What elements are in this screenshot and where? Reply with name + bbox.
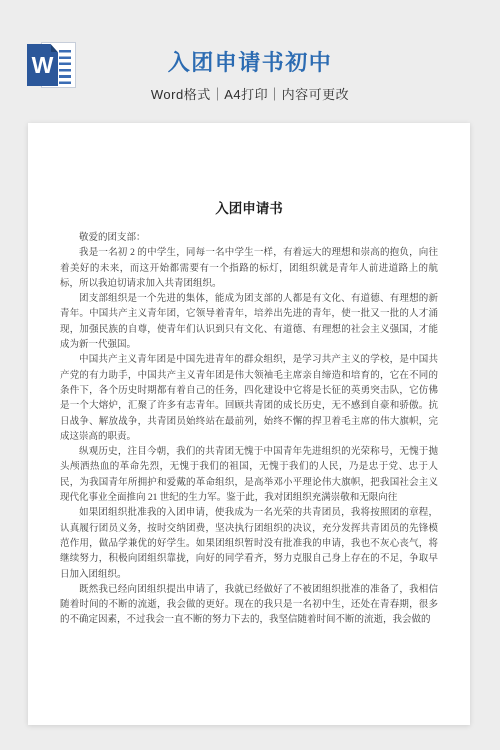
page-subtitle: Word格式｜A4打印｜内容可更改 bbox=[0, 84, 500, 103]
document-body: 敬爱的团支部： 我是一名初 2 的中学生，同每一名中学生一样，有着远大的理想和崇… bbox=[60, 231, 438, 629]
salutation-line: 敬爱的团支部： bbox=[60, 231, 438, 246]
page-title: 入团申请书初中 bbox=[0, 46, 500, 77]
template-preview-screen: W 入团申请书初中 Word格式｜A4打印｜内容可更改 入团申请书 敬爱的团支部… bbox=[0, 0, 500, 750]
paragraph: 纵观历史，注目今朝，我们的共青团无愧于中国青年先进组织的光荣称号，无愧于抛头颅洒… bbox=[60, 445, 438, 506]
paragraph: 团支部组织是一个先进的集体，能成为团支部的人都是有文化、有道德、有理想的新青年。… bbox=[60, 292, 438, 353]
paragraph: 中国共产主义青年团是中国先进青年的群众组织，是学习共产主义的学校，是中国共产党的… bbox=[60, 353, 438, 445]
paragraph: 如果团组织批准我的入团申请，使我成为一名光荣的共青团员，我将按照团的章程，认真履… bbox=[60, 506, 438, 582]
document-title: 入团申请书 bbox=[60, 200, 438, 218]
paragraph: 我是一名初 2 的中学生，同每一名中学生一样，有着远大的理想和崇高的抱负，向往着… bbox=[60, 246, 438, 292]
header: W 入团申请书初中 Word格式｜A4打印｜内容可更改 bbox=[0, 0, 500, 118]
document-page: 入团申请书 敬爱的团支部： 我是一名初 2 的中学生，同每一名中学生一样，有着远… bbox=[28, 123, 470, 725]
paragraph: 既然我已经向团组织提出申请了，我就已经做好了不被团组织批准的准备了，我相信随着时… bbox=[60, 583, 438, 629]
